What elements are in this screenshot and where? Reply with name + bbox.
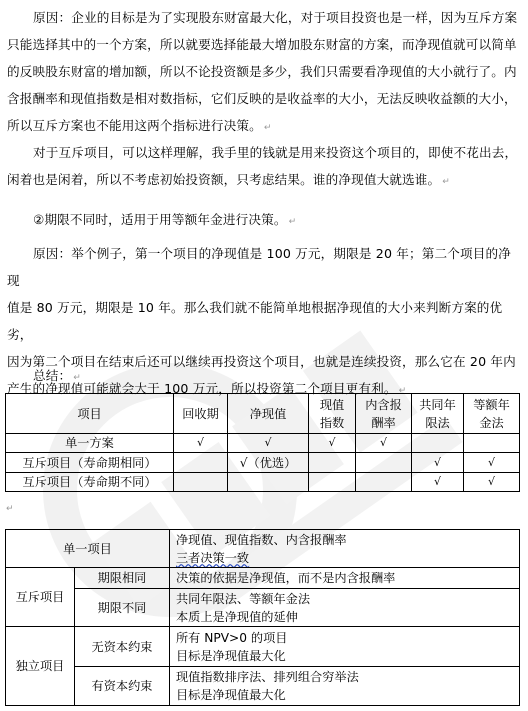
paragraph-understanding: 对于互斥项目，可以这样理解，我手里的钱就是用来投资这个项目的，即使不花出去， 闲…	[7, 139, 522, 196]
table-cell	[228, 473, 309, 492]
header-cell: 现值指数	[309, 394, 356, 434]
paragraph-mark-icon: ↵	[6, 504, 14, 514]
text-line: 值是 80 万元，期限是 10 年。那么我们就不能简单地根据净现值的大小来判断方…	[7, 300, 502, 342]
table-row: 单一方案 √ √ √ √	[6, 434, 520, 453]
paragraph-reason-exclusive: 原因：企业的目标是为了实现股东财富最大化，对于项目投资也是一样，因为互斥方案 只…	[7, 4, 522, 142]
row-label-single: 单一项目	[6, 530, 170, 568]
text-line: 原因：举个例子，第一个项目的净现值是 100 万元，期限是 20 年；第二个项目…	[7, 246, 511, 288]
table-row-independent-unconstrained: 独立项目 无资本约束 所有 NPV>0 的项目 目标是净现值最大化	[6, 627, 520, 667]
table-cell: √	[412, 473, 464, 492]
table-row-single: 单一项目 净现值、现值指数、内含报酬率 三者决策一致	[6, 530, 520, 568]
table-row-exclusive-same: 互斥项目 期限相同 决策的依据是净现值，而不是内含报酬率	[6, 568, 520, 589]
sub-label: 期限相同	[75, 568, 170, 589]
table-cell: 决策的依据是净现值，而不是内含报酬率	[170, 568, 520, 589]
row-label: 单一方案	[6, 434, 174, 453]
sub-label: 无资本约束	[75, 627, 170, 667]
text-line: 总结：	[33, 368, 71, 383]
table-cell: √（优选）	[228, 453, 309, 473]
text-line: 只能选择其中的一个方案，所以就要选择能最大增加股东财富的方案，而净现值就可以简单	[7, 37, 517, 52]
table-cell: √	[356, 434, 412, 453]
header-cell: 净现值	[228, 394, 309, 434]
table-cell	[412, 434, 464, 453]
table-cell	[174, 453, 228, 473]
table-row-independent-constrained: 有资本约束 现值指数排序法、排列组合穷举法 目标是净现值最大化	[6, 667, 520, 706]
table-cell	[309, 453, 356, 473]
header-cell: 内含报酬率	[356, 394, 412, 434]
sub-label: 期限不同	[75, 589, 170, 627]
paragraph-mark-icon: ↵	[442, 177, 450, 187]
table-cell: 共同年限法、等额年金法 本质上是净现值的延伸	[170, 589, 520, 627]
table-row: 互斥项目（寿命期不同） √ √	[6, 473, 520, 492]
paragraph-mark-icon: ↵	[73, 373, 81, 383]
header-cell: 共同年限法	[412, 394, 464, 434]
table-header-row: 项目 回收期 净现值 现值指数 内含报酬率 共同年限法 等额年金法	[6, 394, 520, 434]
table-cell: 现值指数排序法、排列组合穷举法 目标是净现值最大化	[170, 667, 520, 706]
paragraph-different-period: ②期限不同时，适用于用等额年金进行决策。↵	[7, 206, 522, 236]
table-cell: √	[174, 434, 228, 453]
table-cell	[464, 434, 520, 453]
table-cell: 所有 NPV>0 的项目 目标是净现值最大化	[170, 627, 520, 667]
text-line: 含报酬率和现值指数是相对数指标，它们反映的是收益率的大小，无法反映收益额的大小，	[7, 91, 517, 106]
comparison-table: 项目 回收期 净现值 现值指数 内含报酬率 共同年限法 等额年金法 单一方案 √…	[5, 393, 520, 492]
row-label-independent: 独立项目	[6, 627, 75, 706]
text-line: 闲着也是闲着，所以不考虑初始投资额，只考虑结果。谁的净现值大就选谁。	[7, 172, 440, 187]
row-label: 互斥项目（寿命期相同）	[6, 453, 174, 473]
paragraph-mark-icon: ↵	[264, 123, 272, 133]
header-cell: 项目	[6, 394, 174, 434]
table-cell: √	[412, 453, 464, 473]
header-cell: 回收期	[174, 394, 228, 434]
table-cell: √	[464, 453, 520, 473]
table-cell	[356, 473, 412, 492]
table-cell: √	[228, 434, 309, 453]
summary-table: 单一项目 净现值、现值指数、内含报酬率 三者决策一致 互斥项目 期限相同 决策的…	[5, 529, 520, 706]
text-line: 所以互斥方案也不能用这两个指标进行决策。	[7, 118, 262, 133]
table-cell	[309, 473, 356, 492]
text-line: ②期限不同时，适用于用等额年金进行决策。	[33, 212, 287, 227]
table-cell: 净现值、现值指数、内含报酬率 三者决策一致	[170, 530, 520, 568]
header-cell: 等额年金法	[464, 394, 520, 434]
paragraph-mark-icon: ↵	[289, 217, 297, 227]
spellcheck-underline: 三者决策一致	[176, 551, 249, 565]
sub-label: 有资本约束	[75, 667, 170, 706]
table-cell	[174, 473, 228, 492]
document-page: 原因：企业的目标是为了实现股东财富最大化，对于项目投资也是一样，因为互斥方案 只…	[0, 0, 528, 711]
table-row-exclusive-diff: 期限不同 共同年限法、等额年金法 本质上是净现值的延伸	[6, 589, 520, 627]
table-cell: √	[464, 473, 520, 492]
text-line: 的反映股东财富的增加额，所以不论投资额是多少，我们只需要看净现值的大小就行了。内	[7, 64, 517, 79]
table-row: 互斥项目（寿命期相同） √（优选） √ √	[6, 453, 520, 473]
table-cell	[356, 453, 412, 473]
row-label-exclusive: 互斥项目	[6, 568, 75, 627]
text-line: 原因：企业的目标是为了实现股东财富最大化，对于项目投资也是一样，因为互斥方案	[33, 10, 517, 25]
row-label: 互斥项目（寿命期不同）	[6, 473, 174, 492]
paragraph-summary-heading: 总结：↵	[7, 362, 522, 392]
text-line: 对于互斥项目，可以这样理解，我手里的钱就是用来投资这个项目的，即使不花出去，	[33, 145, 517, 160]
table-cell: √	[309, 434, 356, 453]
